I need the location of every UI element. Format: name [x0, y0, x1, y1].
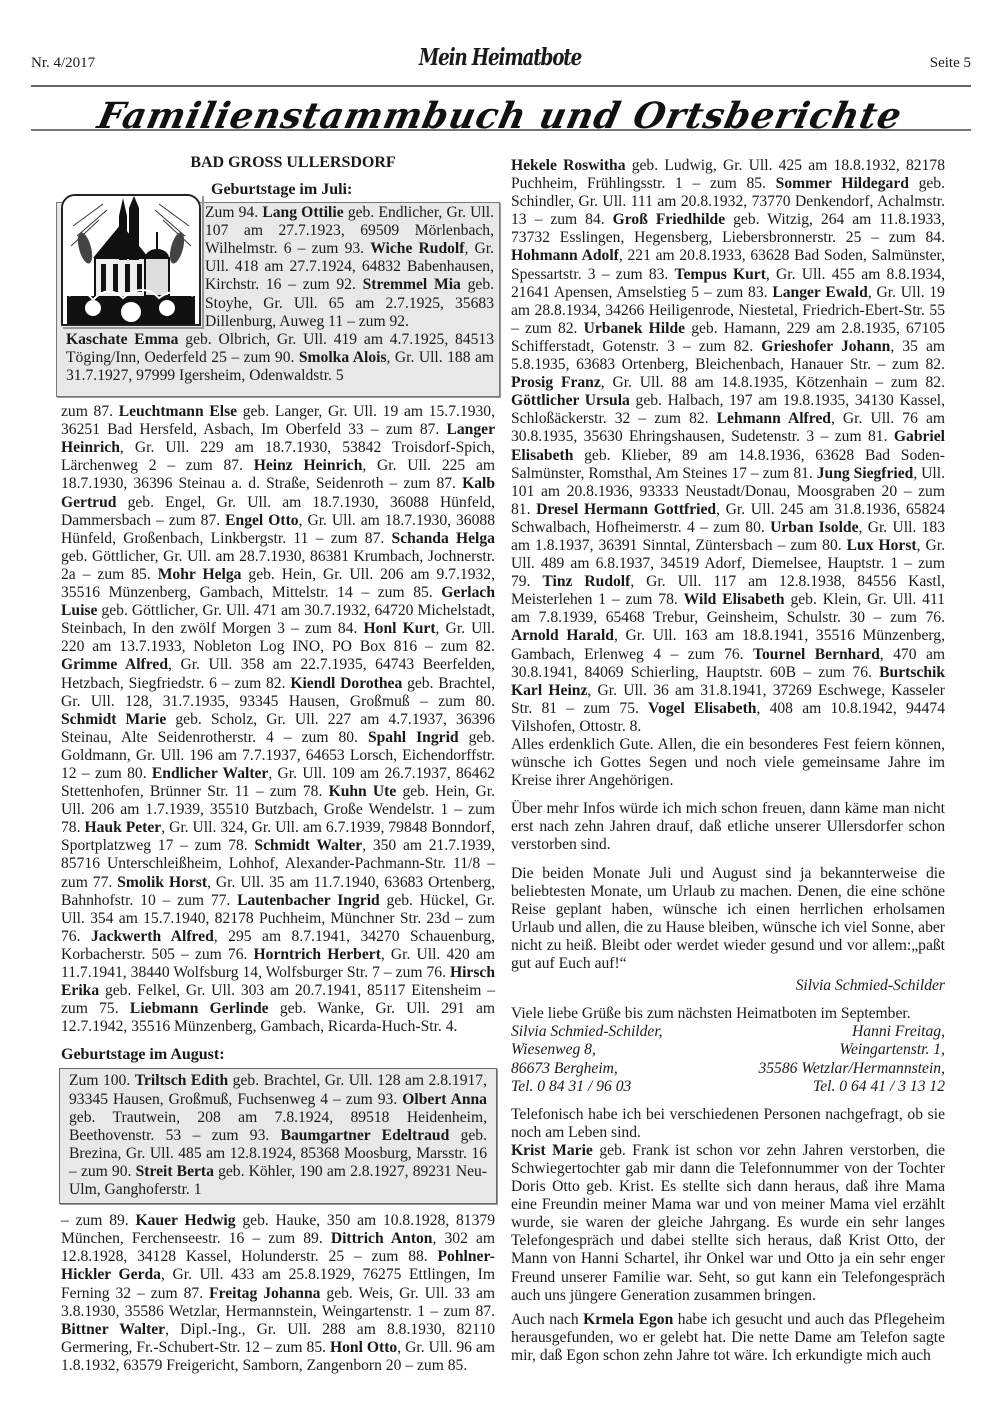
- person-name: Dresel Hermann Gottfried: [536, 501, 716, 518]
- issue-number: Nr. 4/2017: [31, 55, 95, 72]
- contact-left-phone: Tel. 0 84 31 / 96 03: [511, 1078, 631, 1096]
- person-name: Spahl Ingrid: [368, 729, 459, 746]
- contact-right-phone: Tel. 0 64 41 / 3 13 12: [813, 1078, 945, 1096]
- person-name: Grieshofer Johann: [761, 338, 890, 355]
- person-name: Schmidt Walter: [254, 837, 362, 854]
- person-name: Groß Friedhilde: [613, 211, 726, 228]
- left-column: BAD GROSS ULLERSDORF Geburtstage im Juli…: [61, 152, 495, 1375]
- july-box-text: Zum 94. Lang Ottilie geb. Endlicher, Gr.…: [205, 204, 494, 331]
- place-heading: BAD GROSS ULLERSDORF: [91, 154, 495, 172]
- contact-right-city: 35586 Wetzlar/Hermannstein,: [758, 1060, 945, 1078]
- person-name: Olbert Anna: [402, 1091, 487, 1108]
- person-name: Prosig Franz: [511, 374, 601, 391]
- july-heading: Geburtstage im Juli:: [211, 181, 352, 199]
- person-name: Mohr Helga: [158, 566, 242, 583]
- right-column: Hekele Roswitha geb. Ludwig, Gr. Ull. 42…: [511, 157, 945, 1365]
- person-name: Wild Elisabeth: [684, 591, 785, 608]
- wishes-paragraph: Alles erdenklich Gute. Allen, die ein be…: [511, 736, 945, 790]
- title-rule: [31, 129, 971, 131]
- person-name: Lang Ottilie: [262, 204, 343, 221]
- person-name: Göttlicher Ursula: [511, 392, 630, 409]
- person-name: Hauk Peter: [84, 819, 161, 836]
- august-list-continued: Hekele Roswitha geb. Ludwig, Gr. Ull. 42…: [511, 157, 945, 736]
- person-name: Dittrich Anton: [331, 1230, 433, 1247]
- person-name: Krist Marie: [511, 1142, 593, 1159]
- person-name: Kauer Hedwig: [136, 1212, 236, 1229]
- person-name: Liebmann Gerlinde: [130, 1000, 269, 1017]
- person-name: Schmidt Marie: [61, 711, 166, 728]
- person-name: Vogel Elisabeth: [648, 700, 756, 717]
- contact-left-city: 86673 Bergheim,: [511, 1060, 618, 1078]
- person-name: Hekele Roswitha: [511, 157, 626, 174]
- more-info-paragraph: Über mehr Infos würde ich mich schon fre…: [511, 800, 945, 854]
- person-name: Endlicher Walter: [152, 765, 268, 782]
- july-block: Geburtstage im Juli:: [61, 181, 495, 397]
- person-name: Schanda Helga: [392, 530, 495, 547]
- person-name: Tinz Rudolf: [542, 573, 630, 590]
- person-name: Grimme Alfred: [61, 656, 168, 673]
- august-heading: Geburtstage im August:: [61, 1046, 495, 1064]
- person-name: Krmela Egon: [583, 1311, 673, 1328]
- person-name: Kuhn Ute: [329, 783, 397, 800]
- person-name: Kiendl Dorothea: [290, 675, 402, 692]
- page-number: Seite 5: [930, 55, 971, 72]
- july-box-text-lower: Kaschate Emma geb. Olbrich, Gr. Ull. 419…: [66, 331, 494, 385]
- person-name: Leuchtmann Else: [119, 403, 237, 420]
- person-name: Wiche Rudolf: [370, 240, 464, 257]
- person-name: Urbanek Hilde: [584, 320, 685, 337]
- person-name: Kaschate Emma: [66, 331, 178, 348]
- masthead-logo: Mein Heimatbote: [100, 44, 900, 71]
- person-name: Hohmann Adolf: [511, 247, 619, 264]
- person-name: Jung Siegfried: [817, 465, 914, 482]
- person-name: Jackwerth Alfred: [91, 928, 214, 945]
- header-rule: [31, 85, 971, 87]
- contact-left-street: Wiesenweg 8,: [511, 1041, 596, 1059]
- person-name: Langer Ewald: [772, 284, 867, 301]
- person-name: Stremmel Mia: [363, 276, 461, 293]
- person-name: Engel Otto: [225, 512, 298, 529]
- person-name: Freitag Johanna: [209, 1285, 320, 1302]
- person-name: Honl Otto: [330, 1339, 397, 1356]
- contact-block: Silvia Schmied-Schilder,Hanni Freitag, W…: [511, 1023, 945, 1095]
- person-name: Lux Horst: [847, 537, 917, 554]
- person-name: Smolik Horst: [117, 874, 207, 891]
- person-name: Streit Berta: [136, 1163, 214, 1180]
- person-name: Horntrich Herbert: [254, 946, 381, 963]
- person-name: Tournel Bernhard: [753, 646, 880, 663]
- person-name: Arnold Harald: [511, 627, 614, 644]
- august-list: – zum 89. Kauer Hedwig geb. Hauke, 350 a…: [61, 1212, 495, 1375]
- contact-left-name: Silvia Schmied-Schilder,: [511, 1023, 663, 1041]
- person-name: Honl Kurt: [364, 620, 436, 637]
- contact-right-name: Hanni Freitag,: [852, 1023, 945, 1041]
- krmela-paragraph: Auch nach Krmela Egon habe ich gesucht u…: [511, 1311, 945, 1365]
- person-name: Lehmann Alfred: [717, 410, 831, 427]
- person-name: Triltsch Edith: [135, 1072, 228, 1089]
- person-name: Tempus Kurt: [675, 266, 766, 283]
- person-name: Urban Isolde: [770, 519, 858, 536]
- contact-right-street: Weingartenstr. 1,: [839, 1041, 945, 1059]
- person-name: Lautenbacher Ingrid: [237, 892, 380, 909]
- person-name: Baumgartner Edeltraud: [281, 1127, 450, 1144]
- church-woodcut-icon: [61, 194, 201, 326]
- phone-intro-paragraph: Telefonisch habe ich bei verschiedenen P…: [511, 1106, 945, 1142]
- person-name: Smolka Alois: [299, 349, 387, 366]
- person-name: Bittner Walter: [61, 1321, 165, 1338]
- august-box: Zum 100. Triltsch Edith geb. Brachtel, G…: [59, 1068, 497, 1204]
- holiday-paragraph: Die beiden Monate Juli und August sind j…: [511, 865, 945, 974]
- person-name: Heinz Heinrich: [254, 457, 363, 474]
- author-signature: Silvia Schmied-Schilder: [511, 977, 945, 995]
- person-name: Sommer Hildegard: [776, 175, 909, 192]
- krist-paragraph: Krist Marie geb. Frank ist schon vor zeh…: [511, 1142, 945, 1305]
- july-list: zum 87. Leuchtmann Else geb. Langer, Gr.…: [61, 403, 495, 1036]
- greeting-line: Viele liebe Grüße bis zum nächsten Heima…: [511, 1005, 945, 1023]
